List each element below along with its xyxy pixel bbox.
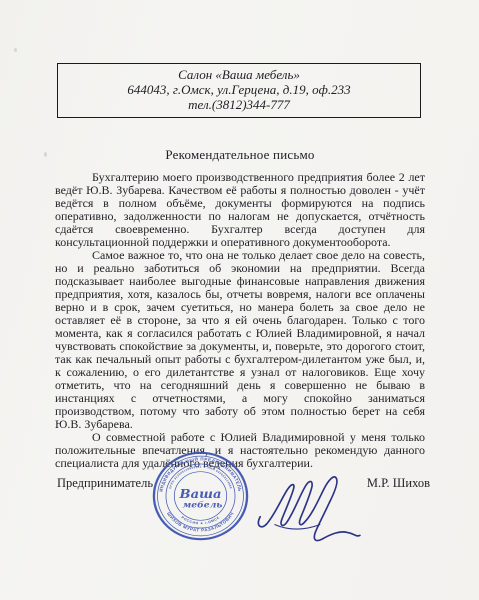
paragraph-accounting-quality: Бухгалтерию моего производственного пред… <box>55 171 425 249</box>
company-round-stamp-icon: ИНДИВИДУАЛЬНЫЙ ПРЕДПРИНИМАТЕЛЬ ШИХОВ МУР… <box>152 451 249 541</box>
letterhead-box: Салон «Ваша мебель» 644043, г.Омск, ул.Г… <box>57 63 421 118</box>
letterhead-phone: тел.(3812)344-777 <box>58 98 420 113</box>
signer-name: М.Р. Шихов <box>367 476 430 491</box>
letter-body: Бухгалтерию моего производственного пред… <box>55 171 425 470</box>
stamp-logo-line1: Ваша <box>179 486 222 500</box>
scan-speck <box>14 48 17 52</box>
handwritten-signature-icon <box>250 462 374 550</box>
letter-title: Рекомендательное письмо <box>55 147 425 163</box>
scanned-letter-page: { "letterhead": { "company": "Салон «Ваш… <box>0 0 479 600</box>
stamp-logo-line2: мебель <box>182 500 222 511</box>
scan-speck <box>44 152 47 157</box>
letterhead-company-name: Салон «Ваша мебель» <box>58 68 420 83</box>
paragraph-work-experience: Самое важное то, что она не только делае… <box>55 249 425 431</box>
letterhead-address: 644043, г.Омск, ул.Герцена, д.19, оф.233 <box>58 83 420 98</box>
signer-position-label: Предприниматель <box>57 476 153 491</box>
signature-stroke-main <box>258 477 360 541</box>
